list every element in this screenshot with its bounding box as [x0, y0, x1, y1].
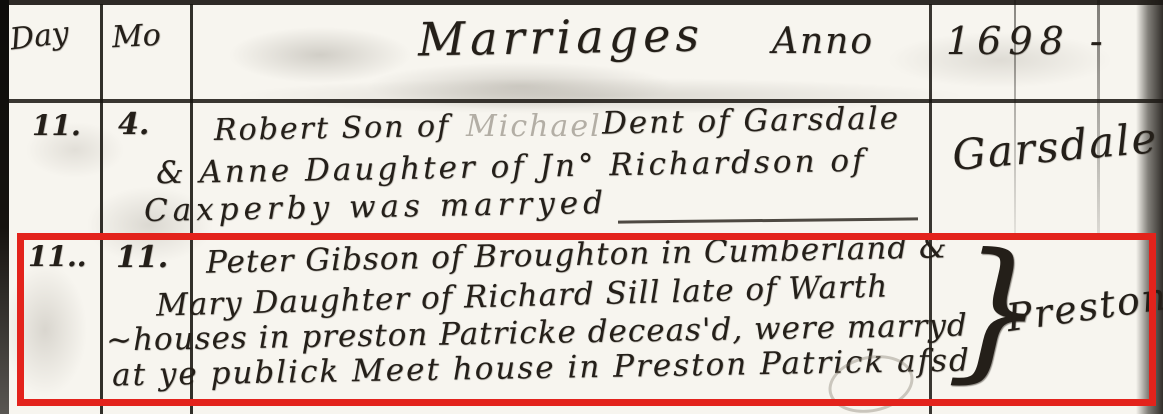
header-divider-line — [0, 99, 1163, 103]
top-border-line — [0, 0, 1163, 5]
entry-text-line3: Caxperby was marryed — [144, 188, 608, 227]
anno-label: Anno — [772, 24, 874, 60]
year-value: 1698 - — [946, 22, 1110, 60]
margin-place-name: Garsdale — [951, 117, 1160, 177]
register-page: Day Mo Marriages Anno 1698 - 11. 4. Robe… — [0, 0, 1163, 414]
day-value: 11. — [32, 112, 81, 140]
pen-flourish-line — [618, 217, 918, 223]
header-month-label: Mo — [111, 21, 161, 54]
entry-text-line1-end: Dent of Garsdale — [602, 103, 901, 139]
highlight-box — [17, 233, 1156, 406]
page-title: Marriages — [418, 12, 705, 63]
entry-text-line2: & Anne Daughter of Jn° Richardson of — [156, 146, 867, 189]
header-day-label: Day — [8, 19, 70, 56]
entry-text-line1-start: Robert Son of — [214, 112, 451, 146]
book-spine-edge — [0, 0, 9, 414]
month-value: 4. — [118, 110, 149, 140]
entry-text-line1-faint-name: Michael — [466, 112, 602, 142]
